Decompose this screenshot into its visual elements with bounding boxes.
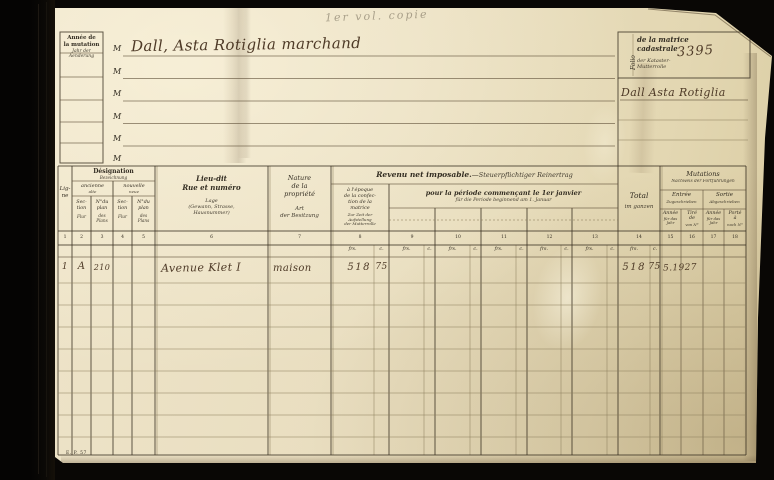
col-number-6: 6 bbox=[155, 235, 268, 240]
col-number-18: 18 bbox=[724, 235, 746, 240]
nature-label-fr: Nature de la propriété bbox=[268, 174, 331, 198]
paper-sheet: 1er vol. copie Année de la mutation Jahr… bbox=[55, 8, 774, 463]
col-ligne-label: Lig- ne bbox=[58, 186, 72, 199]
frs-label: frs. bbox=[331, 247, 374, 252]
periode-label-fr: pour la période commençant le 1er janvie… bbox=[389, 189, 618, 197]
c-label: c. bbox=[516, 247, 527, 252]
annee-mutation-label-de: Jahr der Aenderung bbox=[60, 49, 103, 59]
m-prefix: M bbox=[113, 67, 121, 76]
revenu-dash: — bbox=[472, 171, 479, 179]
plan-new-label-de: des Plans bbox=[132, 214, 155, 224]
mutations-label-fr: Mutations bbox=[660, 170, 746, 178]
frs-label: frs. bbox=[435, 247, 470, 252]
total-label-fr: Total bbox=[618, 191, 660, 200]
folio-label-de: der Kataster- Mutterrolle bbox=[637, 58, 707, 70]
m-prefix: M bbox=[113, 112, 121, 121]
lieudit-label-fr2: Rue et numéro bbox=[155, 183, 268, 192]
c-label: c. bbox=[470, 247, 481, 252]
annee-mutation-label-fr: Année de la mutation bbox=[60, 35, 103, 48]
scanned-register-page: 1er vol. copie Année de la mutation Jahr… bbox=[0, 0, 774, 480]
plan-old-label-de: des Plans bbox=[91, 214, 113, 224]
row1-total-c: 75 bbox=[648, 262, 661, 272]
col-number-16: 16 bbox=[681, 235, 703, 240]
nature-label-de: Art der Besitzung bbox=[268, 206, 331, 219]
porte-label-fr: Porté à bbox=[724, 211, 746, 221]
lieudit-label-de: Lage (Gewann, Strasse, Hausnummer) bbox=[155, 198, 268, 216]
nouvelle-label-de: neue bbox=[113, 189, 155, 194]
row1-lieu-dit: Avenue Klet I bbox=[161, 260, 266, 275]
designation-label-de: Bezeichnung bbox=[72, 175, 155, 180]
col-number-1: 1 bbox=[58, 235, 72, 240]
folio-number: 3395 bbox=[677, 43, 715, 61]
col-number-8: 8 bbox=[331, 235, 389, 240]
revenu-label-de: Steuerpflichtiger Reinertrag bbox=[479, 171, 573, 179]
col-number-7: 7 bbox=[268, 235, 331, 240]
designation-label-fr: Désignation bbox=[72, 168, 155, 175]
frs-label: frs. bbox=[389, 247, 424, 252]
c-label: c. bbox=[561, 247, 572, 252]
sortie-label-fr: Sortie bbox=[703, 192, 746, 198]
col-number-11: 11 bbox=[481, 235, 527, 240]
lieudit-label-fr1: Lieu-dit bbox=[155, 174, 268, 183]
folio-side-label: Folio bbox=[630, 55, 637, 70]
col-number-14: 14 bbox=[618, 235, 660, 240]
col-number-17: 17 bbox=[703, 235, 724, 240]
tire-label-de: von N° bbox=[681, 222, 703, 227]
col-number-13: 13 bbox=[572, 235, 618, 240]
row1-plan-old: 210 bbox=[91, 263, 113, 272]
col-number-5: 5 bbox=[132, 235, 155, 240]
col-number-10: 10 bbox=[435, 235, 481, 240]
plan-new-label-fr: N°du plan bbox=[132, 200, 155, 211]
sortie-annee-label-de: für das Jahr bbox=[703, 217, 724, 225]
section-new-label-fr: Sec- tion bbox=[113, 200, 132, 211]
entree-label-fr: Entrée bbox=[660, 192, 703, 198]
row1-epoque-c: 75 bbox=[374, 262, 389, 272]
frs-label: frs. bbox=[527, 247, 561, 252]
col-number-12: 12 bbox=[527, 235, 572, 240]
m-prefix: M bbox=[113, 154, 121, 163]
entree-annee-label-de: für das Jahr bbox=[660, 217, 681, 225]
c-label: c. bbox=[424, 247, 435, 252]
c-label: c. bbox=[374, 247, 389, 252]
section-old-label-fr: Sec- tion bbox=[72, 200, 91, 211]
m-prefix: M bbox=[113, 89, 121, 98]
section-new-label-de: Flur bbox=[113, 214, 132, 219]
frs-label: frs. bbox=[618, 247, 650, 252]
row1-total-frs: 518 bbox=[616, 262, 646, 273]
col-number-3: 3 bbox=[91, 235, 113, 240]
row1-ligne: 1 bbox=[58, 262, 72, 272]
row1-section-old: A bbox=[72, 261, 91, 272]
page-edge-line bbox=[46, 2, 47, 477]
epoque-label-de: Zur Zeit der Aufstellung der Mutterrolle bbox=[331, 213, 389, 227]
plan-old-label-fr: N°du plan bbox=[91, 200, 113, 211]
col-number-4: 4 bbox=[113, 235, 132, 240]
revenu-banner: Revenu net imposable. — Steuerpflichtige… bbox=[331, 170, 618, 179]
porte-label-de: nach N° bbox=[724, 222, 746, 227]
ancienne-label-de: alte bbox=[72, 189, 113, 194]
folio-owner-name: Dall Asta Rotiglia bbox=[621, 86, 726, 99]
m-prefix: M bbox=[113, 134, 121, 143]
col-number-9: 9 bbox=[389, 235, 435, 240]
tire-label-fr: Tiré de bbox=[681, 211, 703, 221]
frs-label: frs. bbox=[572, 247, 607, 252]
c-label: c. bbox=[607, 247, 618, 252]
entree-label-de: Zugeschrieben bbox=[660, 199, 703, 204]
section-old-label-de: Flur bbox=[72, 214, 91, 219]
row1-epoque-frs: 518 bbox=[339, 262, 371, 273]
revenu-label-fr: Revenu net imposable. bbox=[376, 170, 472, 179]
form-print-code: E. P. 57 bbox=[66, 451, 87, 456]
sortie-label-de: Abgeschrieben bbox=[703, 199, 746, 204]
frs-label: frs. bbox=[481, 247, 516, 252]
col-number-15: 15 bbox=[660, 235, 681, 240]
page-edge-line bbox=[38, 4, 39, 474]
epoque-label-fr: à l'époque de la confec- tion de la matr… bbox=[331, 187, 389, 211]
col-number-2: 2 bbox=[72, 235, 91, 240]
row1-nature: maison bbox=[273, 263, 329, 274]
mutations-label-de: Nachweis der Fortführungen bbox=[660, 179, 746, 184]
periode-label-de: für die Periode beginnend am 1. Januar bbox=[389, 198, 618, 203]
m-prefix: M bbox=[113, 44, 121, 53]
row1-entree-annee: 5.1927 bbox=[663, 262, 703, 273]
total-label-de: im ganzen bbox=[618, 204, 660, 210]
c-label: c. bbox=[650, 247, 660, 252]
